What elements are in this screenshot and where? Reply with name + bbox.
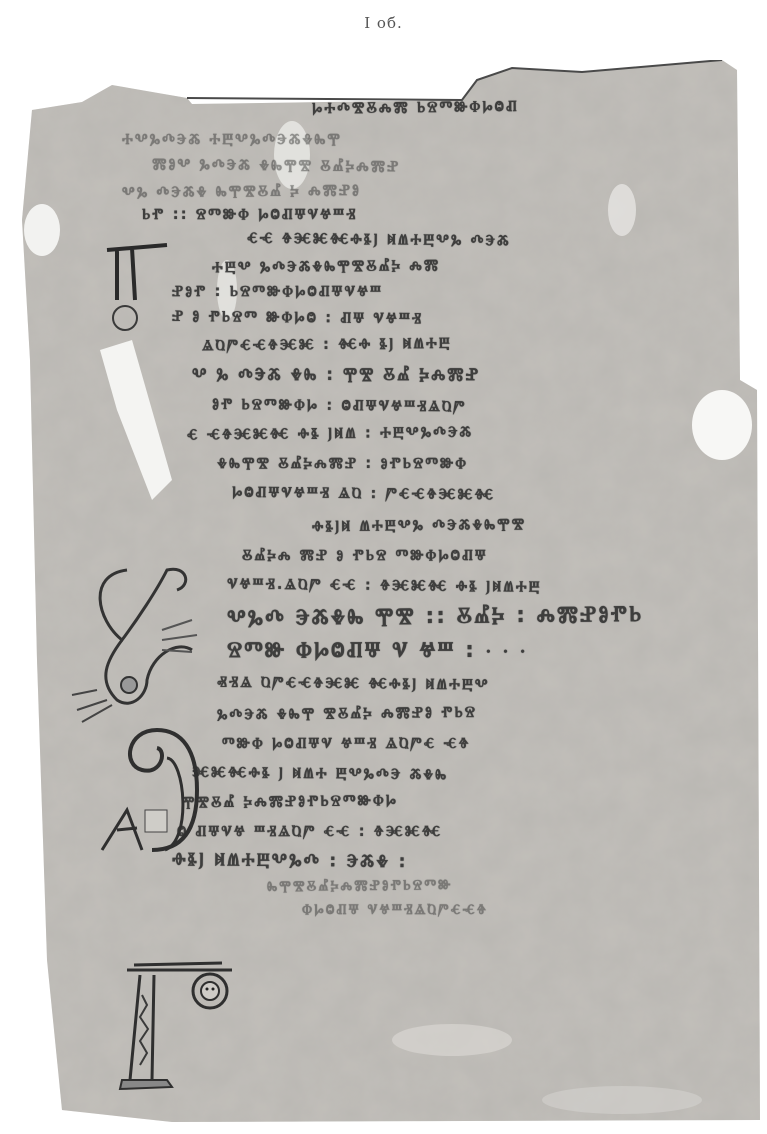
manuscript-line: ⰧⰨⰩⰪⰫ Ⱜ ⰭⰮⰀ ⰁⰂⰃⰄⰅ ⰆⰇⰈ xyxy=(192,763,448,784)
initial-face-column-icon xyxy=(112,955,252,1100)
manuscript-line: ⰇⰈⰉⰊ ⰋⰌⰍⰎⰏⰐ : ⰑⰒⰓⰔⰕⰖⰗ xyxy=(217,454,468,472)
manuscript-line: ⰔⰕⰖ ⰗⰘⰙⰚⰛ Ⱌ ⰝⰞ : ⸱ ⸱ ⸱ xyxy=(227,638,527,663)
manuscript-line: ⰗⰘⰙⰚⰛ ⰜⰝⰞⰠⰡⰢⰣⰤⰥⰦ xyxy=(302,902,488,918)
manuscript-line: ⰑⰒ ⰓⰔⰕⰖⰗⰘ : ⰙⰚⰛⰜⰝⰞⰠⰡⰢⰣ xyxy=(212,395,467,416)
manuscript-line: ⰀⰁⰂ ⰃⰄⰅⰆⰇⰈⰉⰊⰋⰌⰍ ⰎⰏ xyxy=(212,256,440,276)
initial-spiral-icon xyxy=(97,720,217,860)
manuscript-line: ⰀⰂⰃⰄⰅⰆ ⰀⰁⰂⰃⰄⰅⰆⰇⰈⰉ xyxy=(122,130,342,148)
manuscript-line: ⰓⰒ :: ⰔⰕⰖⰗ ⰘⰙⰚⰛⰜⰝⰞⰠ xyxy=(142,205,357,223)
manuscript-line: ⰃⰄⰅⰆ ⰇⰈⰉ ⰊⰋⰌⰍ ⰎⰏⰐⰑ ⰒⰓⰔ xyxy=(217,703,477,724)
manuscript-line: ⰟⰠⰡ ⰢⰣⰤⰥⰦⰧⰨ ⰩⰪⰫⰬ ⰭⰮⰀⰁⰂ xyxy=(217,673,490,694)
manuscript-line: ⰤⰥ ⰦⰧⰨⰩⰪⰫⰬ ⰭⰮⰀⰁⰂⰃ ⰄⰅⰆ xyxy=(247,229,511,250)
manuscript-line: Ⱀ Ⱁ ⰒⰓⰔⰕ ⰖⰗⰘⰙ : ⰚⰛ ⰜⰝⰞⰠ xyxy=(172,307,423,328)
manuscript-leaf: ⰘⰀⰄⰊⰋⰎⰏ ⰓⰔⰕⰖⰗⰘⰙⰚⰀⰂⰃⰄⰅⰆ ⰀⰁⰂⰃⰄⰅⰆⰇⰈⰉⰏⰑⰂ ⰃⰄⰅ… xyxy=(22,60,762,1130)
manuscript-line: ⰕⰖⰗ ⰘⰙⰚⰛⰜ ⰝⰞⰠ ⰡⰢⰣⰤ ⰥⰦ xyxy=(222,734,471,752)
manuscript-line: ⰡⰢⰣⰤⰥⰦⰧⰨ : ⰩⰪ ⰫⰬ ⰭⰮⰀⰁ xyxy=(202,334,452,355)
initial-bird-icon xyxy=(67,560,207,730)
manuscript-line: ⰂⰃ ⰄⰅⰆⰇ ⰈⰉⰊⰋⰌ Ⰽ ⰎⰏⰐⰑ xyxy=(122,181,361,202)
manuscript-line: ⰈⰉⰊⰋⰌⰍⰎⰏⰐⰑⰒⰓⰔⰕⰖ xyxy=(267,877,453,895)
manuscript-line: ⰜⰝⰞⰠ.ⰡⰢⰣ ⰤⰥ : ⰦⰧⰨⰩ ⰪⰫ ⰬⰭⰮⰀⰁ xyxy=(227,574,542,595)
initial-column-top-icon xyxy=(97,240,187,350)
manuscript-line: ⰂⰃⰄ ⰅⰆⰇⰈ ⰉⰊ :: ⰋⰌⰍ : ⰎⰏⰐⰑⰒⰓ xyxy=(227,602,643,631)
manuscript-line: Ⱔ ⰥⰦⰧⰨⰩ ⰪⰫ ⰬⰭⰮ : ⰀⰁⰂⰃⰄⰅⰆ xyxy=(187,423,473,444)
manuscript-line: ⰐⰑⰒ : ⰓⰔⰕⰖⰗⰘⰙⰚⰛⰜⰝⰞ xyxy=(172,282,383,300)
manuscript-line: ⰘⰙⰚⰛⰜⰝⰞⰠ ⰡⰢ : ⰣⰤⰥⰦⰧⰨⰩ xyxy=(232,483,495,504)
manuscript-line: Ⰲ Ⰳ ⰄⰅⰆ ⰇⰈ : ⰉⰊ ⰋⰌ ⰍⰎⰏⰐ xyxy=(192,365,480,385)
manuscript-line: ⰋⰌⰍⰎ ⰏⰐ Ⱁ ⰒⰓⰔ ⰕⰖⰗⰘⰙⰚⰛ xyxy=(242,546,488,564)
manuscript-line: ⰏⰑⰂ ⰃⰄⰅⰆ ⰇⰈⰉⰊ ⰋⰌⰍⰎⰏⰐ xyxy=(152,155,400,176)
manuscript-line: ⰪⰫⰬⰭ ⰮⰀⰁⰂⰃ ⰄⰅⰆⰇⰈⰉⰊ xyxy=(312,515,526,535)
folio-caption: I об. xyxy=(0,14,767,32)
manuscript-line: ⰘⰀⰄⰊⰋⰎⰏ ⰓⰔⰕⰖⰗⰘⰙⰚ xyxy=(312,97,519,117)
